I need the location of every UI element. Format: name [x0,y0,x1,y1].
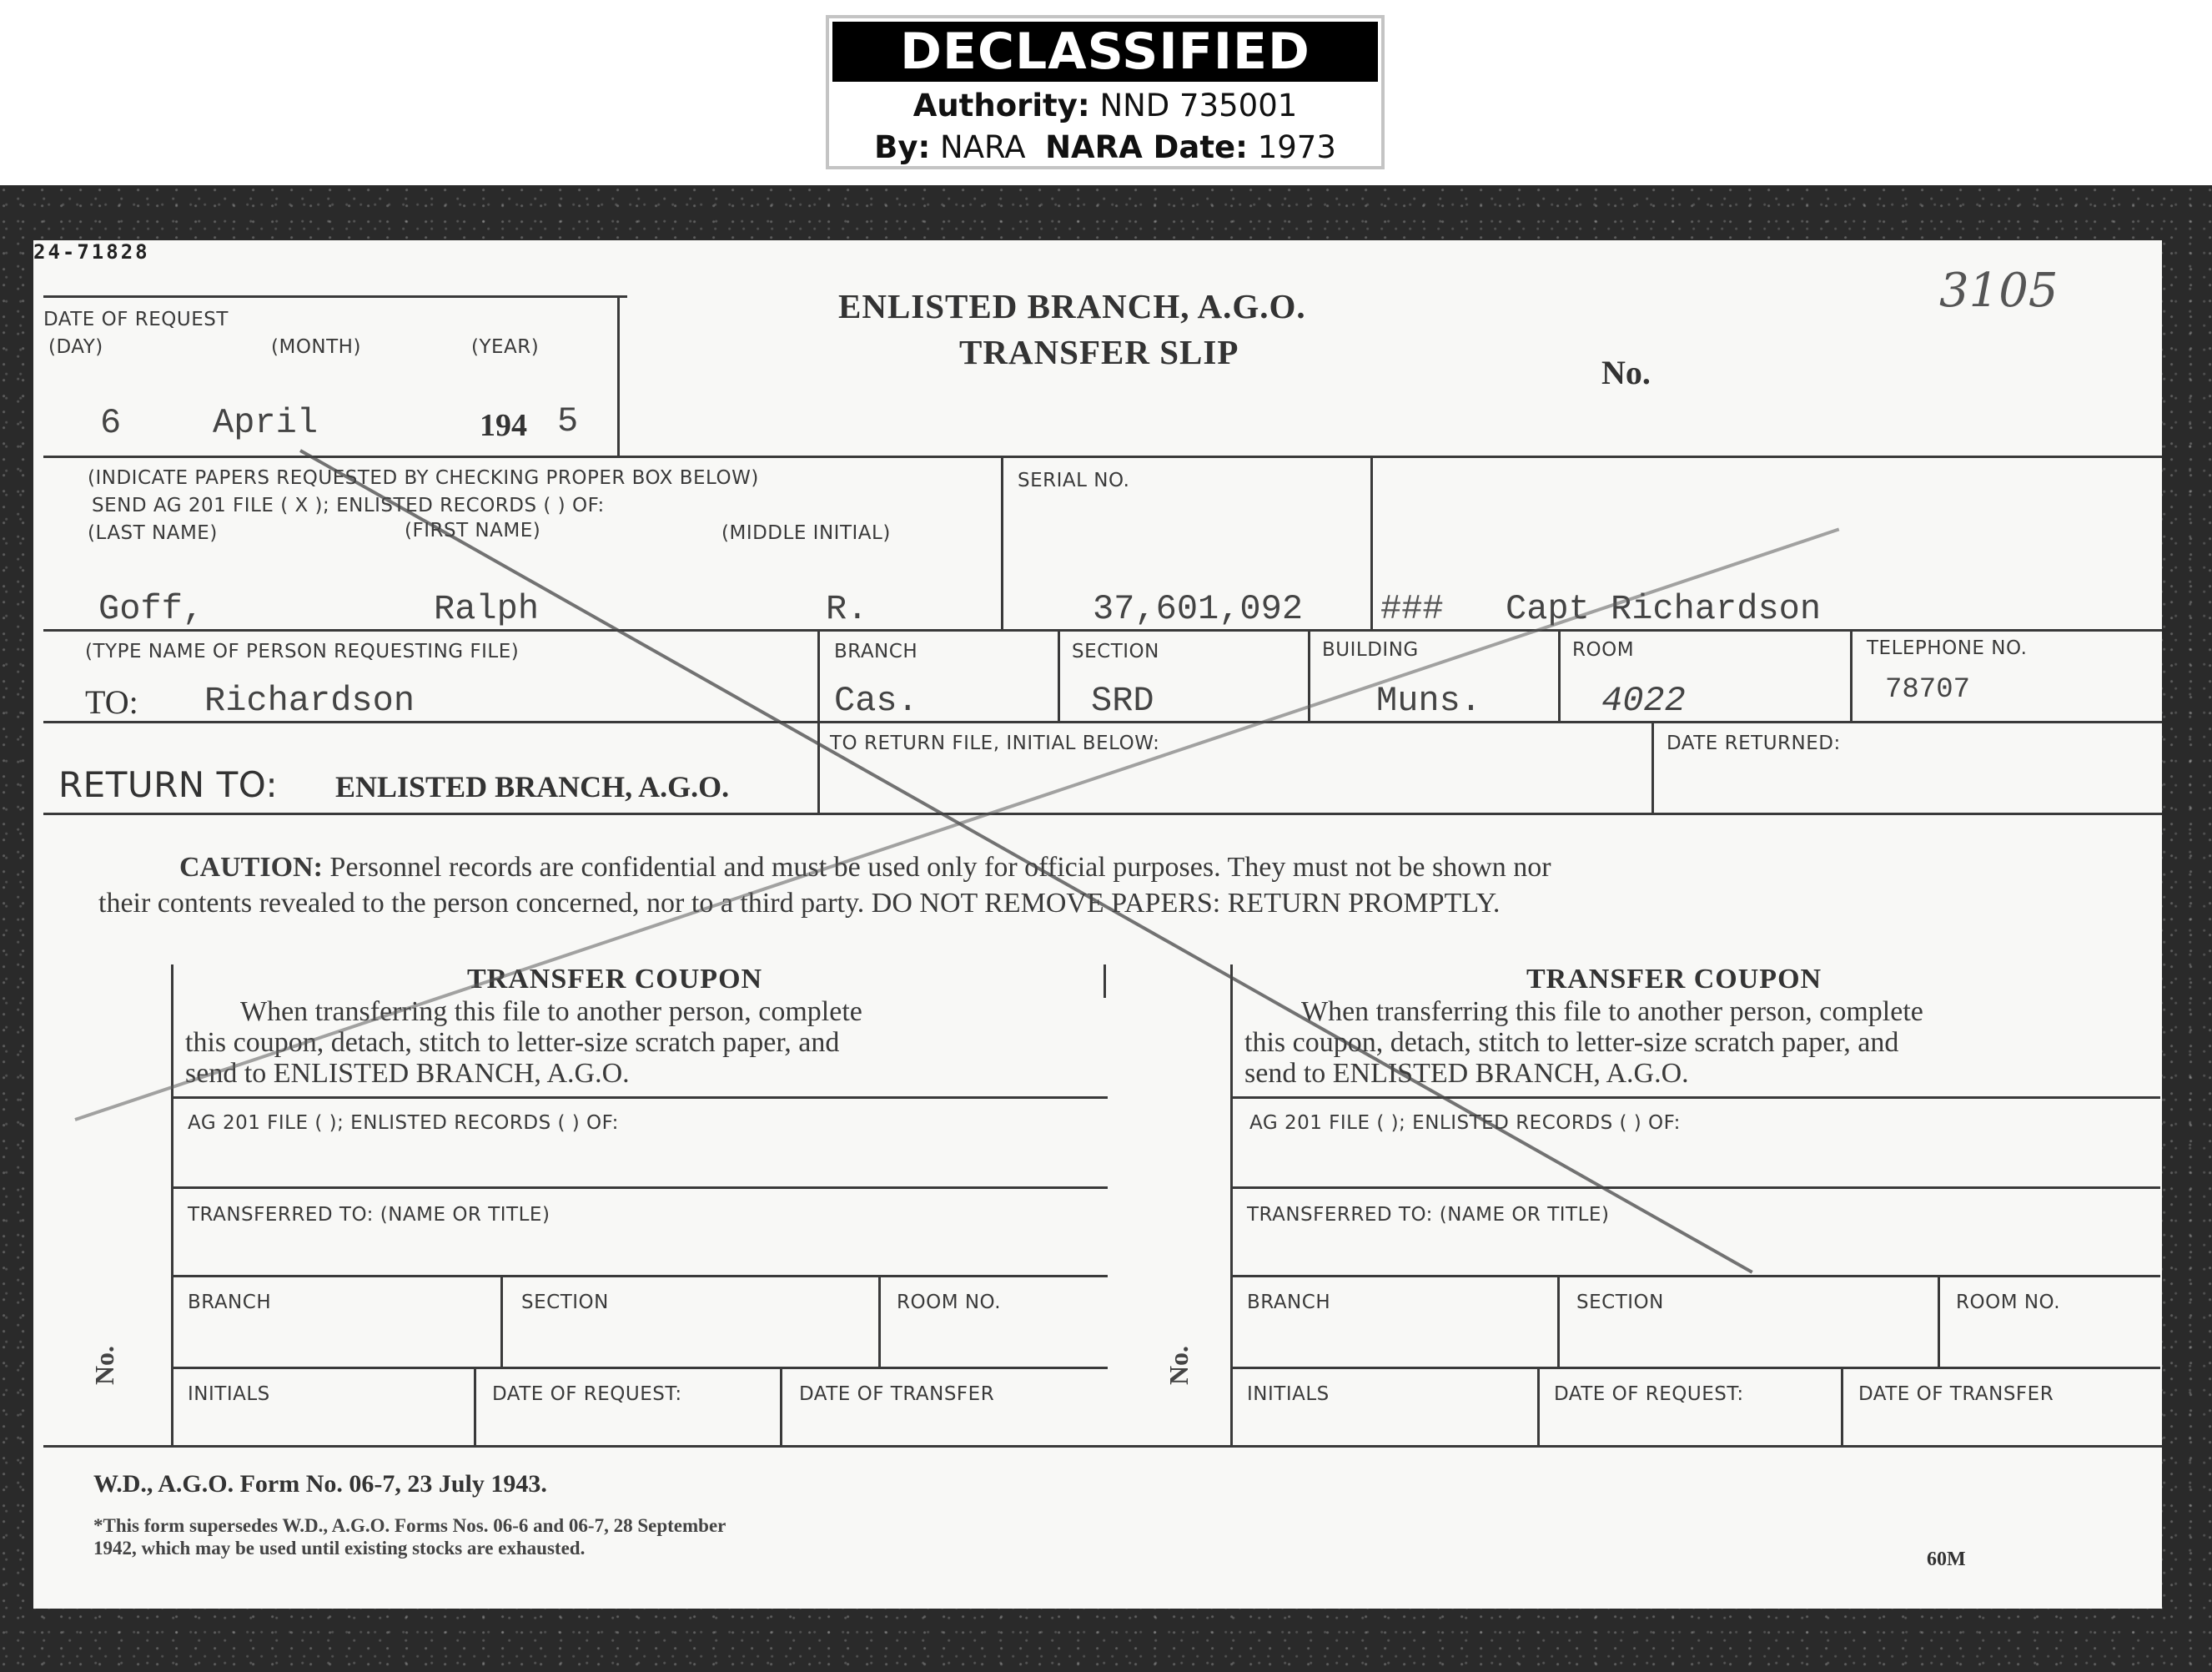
stamp-by-date: By: NARA NARA Date: 1973 [829,127,1381,169]
coupon-no-label: No. [89,1346,120,1385]
coupon-section-label: SECTION [1576,1292,1664,1313]
stamp-title: DECLASSIFIED [832,22,1378,82]
coupon-section-label: SECTION [521,1292,609,1313]
coupon-text-1: When transferring this file to another p… [240,996,862,1027]
by-label: By: [874,129,930,165]
middle-initial-value: R. [826,589,867,629]
stamp-authority: Authority: NND 735001 [829,85,1381,127]
transfer-slip-form: DATE OF REQUEST (DAY) (MONTH) (YEAR) 6 A… [33,240,2162,1609]
room-label: ROOM [1572,639,1634,661]
section-value: SRD [1091,681,1154,721]
declassified-stamp: DECLASSIFIED Authority: NND 735001 By: N… [826,15,1385,169]
coupon-text-1: When transferring this file to another p… [1301,996,1923,1027]
section-label: SECTION [1072,641,1159,662]
coupon-initials-label: INITIALS [188,1383,270,1405]
date-returned-label: DATE RETURNED: [1667,733,1841,754]
coupon-date-request-label: DATE OF REQUEST: [492,1383,682,1405]
room-value: 4022 [1601,681,1686,721]
coupon-initials-label: INITIALS [1247,1383,1330,1405]
coupon-branch-label: BRANCH [1247,1292,1330,1313]
print-code: 24-71828 [33,240,2162,264]
form-title: ENLISTED BRANCH, A.G.O. [838,286,1306,326]
authority-value: NND 735001 [1099,88,1297,123]
authority-label: Authority: [913,88,1090,123]
coupon-room-label: ROOM NO. [897,1292,1001,1313]
year-suffix: 5 [557,401,578,441]
serial-no-label: SERIAL NO. [1018,470,1129,491]
coupon-records-label: AG 201 FILE ( ); ENLISTED RECORDS ( ) OF… [188,1112,619,1134]
date-of-request-label: DATE OF REQUEST [43,309,229,330]
building-value: Muns. [1376,681,1481,721]
requester-name-value: Richardson [204,681,415,721]
building-label: BUILDING [1322,639,1419,661]
last-name-label: (LAST NAME) [88,522,218,544]
return-to-value: ENLISTED BRANCH, A.G.O. [335,769,729,804]
middle-initial-label: (MIDDLE INITIAL) [721,522,891,544]
struck-text: ### [1380,589,1444,629]
form-subtitle: TRANSFER SLIP [959,332,1239,372]
caution-lead: CAUTION: [179,852,323,883]
month-label: (MONTH) [271,336,361,358]
year-label: (YEAR) [471,336,539,358]
by-value: NARA [940,129,1026,165]
form-number: W.D., A.G.O. Form No. 06-7, 23 July 1943… [93,1470,547,1498]
month-value: April [213,403,318,443]
return-to-label: RETURN TO: [58,764,278,805]
branch-value: Cas. [834,681,918,721]
requester-name-label: (TYPE NAME OF PERSON REQUESTING FILE) [85,641,519,662]
day-value: 6 [100,403,121,443]
coupon-transferred-label: TRANSFERRED TO: (NAME OR TITLE) [188,1204,550,1226]
coupon-text-2: this coupon, detach, stitch to letter-si… [185,1027,839,1058]
to-label: TO: [85,682,138,722]
year-prefix: 194 [480,407,527,444]
caution-line-2: their contents revealed to the person co… [98,888,1500,919]
coupon-room-label: ROOM NO. [1956,1292,2060,1313]
coupon-title: TRANSFER COUPON [467,964,762,995]
request-instruction: (INDICATE PAPERS REQUESTED BY CHECKING P… [88,467,759,489]
telephone-label: TELEPHONE NO. [1867,637,2027,659]
nara-date-value: 1973 [1258,129,1336,165]
coupon-branch-label: BRANCH [188,1292,271,1313]
caution-text-1: Personnel records are confidential and m… [329,852,1551,883]
first-name-value: Ralph [434,589,539,629]
send-ag201-line: SEND AG 201 FILE ( X ); ENLISTED RECORDS… [92,495,605,516]
return-initial-label: TO RETURN FILE, INITIAL BELOW: [830,733,1159,754]
last-name-value: Goff, [98,589,204,629]
coupon-transferred-label: TRANSFERRED TO: (NAME OR TITLE) [1247,1204,1609,1226]
telephone-value: 78707 [1885,674,1970,706]
coupon-text-3: send to ENLISTED BRANCH, A.G.O. [1244,1058,1689,1089]
coupon-title: TRANSFER COUPON [1526,964,1822,995]
coupon-date-request-label: DATE OF REQUEST: [1554,1383,1744,1405]
supersedes-note-line-2: 1942, which may be used until existing s… [93,1537,726,1559]
branch-label: BRANCH [834,641,917,662]
coupon-date-transfer-label: DATE OF TRANSFER [799,1383,994,1405]
print-quantity: 60M [1927,1549,1966,1571]
slip-number-label: No. [1601,353,1651,392]
coupon-records-label: AG 201 FILE ( ); ENLISTED RECORDS ( ) OF… [1249,1112,1681,1134]
supersedes-note-line-1: *This form supersedes W.D., A.G.O. Forms… [93,1514,726,1537]
supersedes-note: *This form supersedes W.D., A.G.O. Forms… [93,1514,726,1559]
coupon-text-3: send to ENLISTED BRANCH, A.G.O. [185,1058,630,1089]
handwritten-number: 3105 [1939,264,2059,318]
coupon-no-label: No. [1164,1346,1194,1385]
nara-date-label: NARA Date: [1045,129,1248,165]
serial-no-value: 37,601,092 [1093,589,1303,629]
day-label: (DAY) [48,336,103,358]
coupon-date-transfer-label: DATE OF TRANSFER [1858,1383,2054,1405]
